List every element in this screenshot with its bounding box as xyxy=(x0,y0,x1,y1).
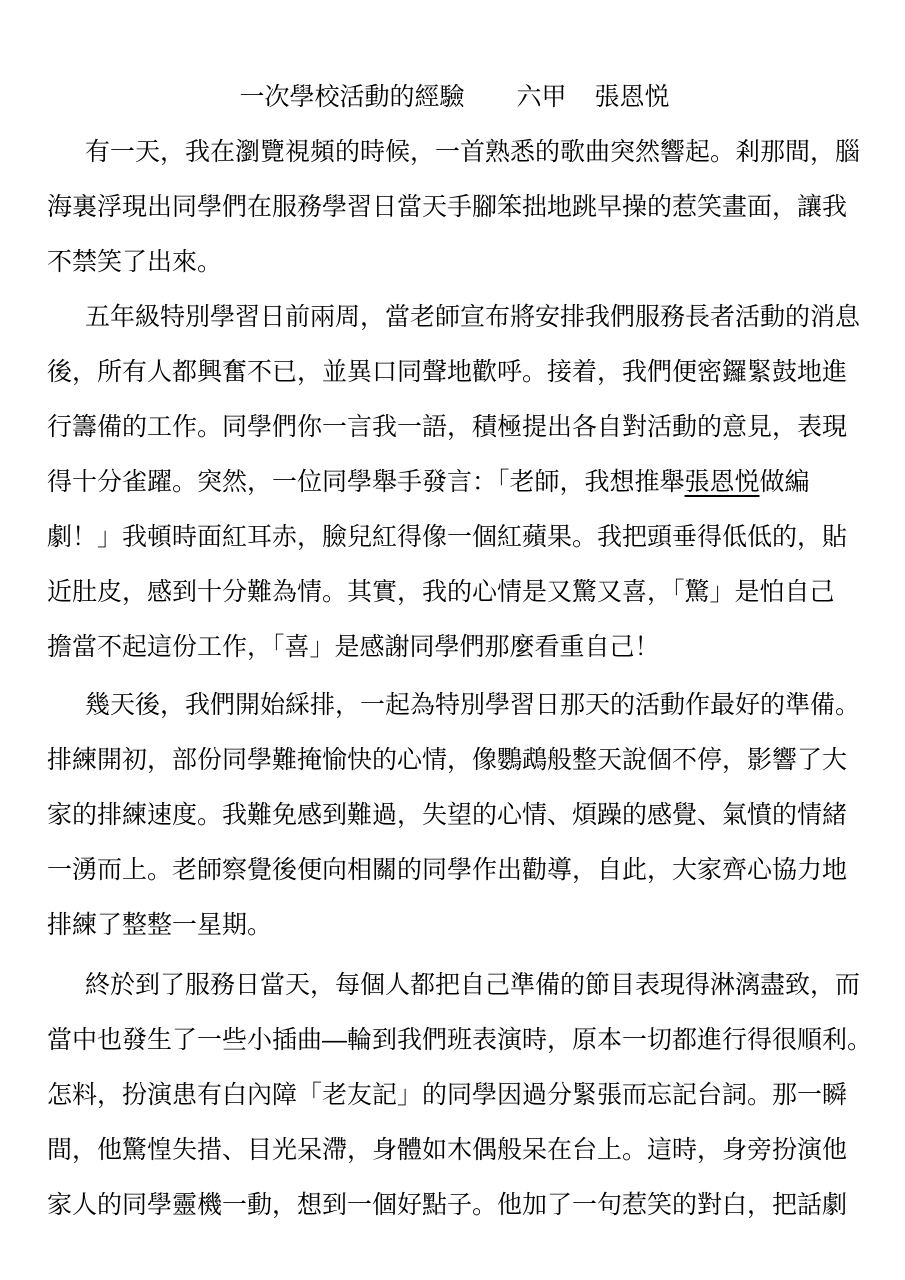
line-text: 家的排練速度。我難免感到難過，失望的心情、煩躁的感覺、氣憤的情緒 xyxy=(47,801,847,829)
text-line: 一湧而上。老師察覺後便向相關的同學作出勸導，自此，大家齊心協力地 xyxy=(47,843,862,898)
text-line: 終於到了服務日當天，每個人都把自己準備的節目表現得淋漓盡致，而 xyxy=(47,958,862,1013)
text-line: 劇！」我頓時面紅耳赤，臉兒紅得像一個紅蘋果。我把頭垂得低低的，貼 xyxy=(47,510,862,565)
text-line: 家人的同學靈機一動，想到一個好點子。他加了一句惹笑的對白，把話劇 xyxy=(47,1178,862,1233)
paragraph: 終於到了服務日當天，每個人都把自己準備的節目表現得淋漓盡致，而 當中也發生了一些… xyxy=(47,958,862,1233)
line-text: 一湧而上。老師察覺後便向相關的同學作出勸導，自此，大家齊心協力地 xyxy=(47,856,847,884)
essay-body: 一次學校活動的經驗六甲張恩悦 有一天，我在瀏覽視頻的時候，一首熟悉的歌曲突然響起… xyxy=(47,70,862,1233)
essay-title: 一次學校活動的經驗六甲張恩悦 xyxy=(47,70,862,125)
line-text: 劇！」我頓時面紅耳赤，臉兒紅得像一個紅蘋果。我把頭垂得低低的，貼 xyxy=(47,523,847,551)
text-line: 近肚皮，感到十分難為情。其實，我的心情是又驚又喜，「驚」是怕自己 xyxy=(47,565,862,620)
text-line: 不禁笑了出來。 xyxy=(47,235,862,290)
line-text: 有一天，我在瀏覽視頻的時候，一首熟悉的歌曲突然響起。剎那間，腦 xyxy=(85,138,860,166)
text-line: 家的排練速度。我難免感到難過，失望的心情、煩躁的感覺、氣憤的情緒 xyxy=(47,788,862,843)
text-line: 有一天，我在瀏覽視頻的時候，一首熟悉的歌曲突然響起。剎那間，腦 xyxy=(47,125,862,180)
paragraph: 五年級特別學習日前兩周，當老師宣布將安排我們服務長者活動的消息 後，所有人都興奮… xyxy=(47,290,862,675)
document-page: 一次學校活動的經驗六甲張恩悦 有一天，我在瀏覽視頻的時候，一首熟悉的歌曲突然響起… xyxy=(0,0,905,1280)
text-line: 排練開初，部份同學難掩愉快的心情，像鸚鵡般整天說個不停，影響了大 xyxy=(47,733,862,788)
line-text: 幾天後，我們開始綵排，一起為特別學習日那天的活動作最好的準備。 xyxy=(85,691,860,719)
line-text: 擔當不起這份工作，「喜」是感謝同學們那麼看重自己！ xyxy=(47,633,660,661)
line-text: 海裏浮現出同學們在服務學習日當天手腳笨拙地跳早操的惹笑畫面，讓我 xyxy=(47,193,847,221)
text-line: 間，他驚惶失措、目光呆滯，身體如木偶般呆在台上。這時，身旁扮演他 xyxy=(47,1123,862,1178)
text-line: 幾天後，我們開始綵排，一起為特別學習日那天的活動作最好的準備。 xyxy=(47,678,862,733)
line-text: 怎料，扮演患有白內障「老友記」的同學因過分緊張而忘記台詞。那一瞬 xyxy=(47,1081,847,1109)
line-text: 不禁笑了出來。 xyxy=(47,248,222,276)
line-text: 行籌備的工作。同學們你一言我一語，積極提出各自對活動的意見，表現 xyxy=(47,413,847,441)
line-text: 排練了整整一星期。 xyxy=(47,911,272,939)
line-text: 五年級特別學習日前兩周，當老師宣布將安排我們服務長者活動的消息 xyxy=(85,303,860,331)
text-line: 得十分雀躍。突然，一位同學舉手發言：「老師，我想推舉張恩悦做編 xyxy=(47,455,862,510)
line-text: 排練開初，部份同學難掩愉快的心情，像鸚鵡般整天說個不停，影響了大 xyxy=(47,746,847,774)
line-text: 做編 xyxy=(760,468,810,496)
text-line: 怎料，扮演患有白內障「老友記」的同學因過分緊張而忘記台詞。那一瞬 xyxy=(47,1068,862,1123)
text-line: 海裏浮現出同學們在服務學習日當天手腳笨拙地跳早操的惹笑畫面，讓我 xyxy=(47,180,862,235)
text-line: 當中也發生了一些小插曲—輪到我們班表演時，原本一切都進行得很順利。 xyxy=(47,1013,862,1068)
line-text: 終於到了服務日當天，每個人都把自己準備的節目表現得淋漓盡致，而 xyxy=(85,971,860,999)
line-text: 家人的同學靈機一動，想到一個好點子。他加了一句惹笑的對白，把話劇 xyxy=(47,1191,847,1219)
title-author: 張恩悦 xyxy=(595,83,670,111)
line-text: 當中也發生了一些小插曲—輪到我們班表演時，原本一切都進行得很順利。 xyxy=(47,1026,872,1054)
line-text: 得十分雀躍。突然，一位同學舉手發言：「老師，我想推舉 xyxy=(47,468,685,496)
line-text: 後，所有人都興奮不已，並異口同聲地歡呼。接着，我們便密鑼緊鼓地進 xyxy=(47,358,847,386)
paragraph: 幾天後，我們開始綵排，一起為特別學習日那天的活動作最好的準備。 排練開初，部份同… xyxy=(47,678,862,953)
text-line: 排練了整整一星期。 xyxy=(47,898,862,953)
text-line: 五年級特別學習日前兩周，當老師宣布將安排我們服務長者活動的消息 xyxy=(47,290,862,345)
text-line: 擔當不起這份工作，「喜」是感謝同學們那麼看重自己！ xyxy=(47,620,862,675)
text-line: 後，所有人都興奮不已，並異口同聲地歡呼。接着，我們便密鑼緊鼓地進 xyxy=(47,345,862,400)
title-text: 一次學校活動的經驗 xyxy=(239,83,464,111)
paragraph: 有一天，我在瀏覽視頻的時候，一首熟悉的歌曲突然響起。剎那間，腦 海裏浮現出同學們… xyxy=(47,125,862,290)
line-text: 間，他驚惶失措、目光呆滯，身體如木偶般呆在台上。這時，身旁扮演他 xyxy=(47,1136,847,1164)
line-text: 近肚皮，感到十分難為情。其實，我的心情是又驚又喜，「驚」是怕自己 xyxy=(47,578,835,606)
title-class-name: 六甲 xyxy=(516,83,566,111)
text-line: 行籌備的工作。同學們你一言我一語，積極提出各自對活動的意見，表現 xyxy=(47,400,862,455)
underlined-student-name: 張恩悦 xyxy=(685,468,760,496)
